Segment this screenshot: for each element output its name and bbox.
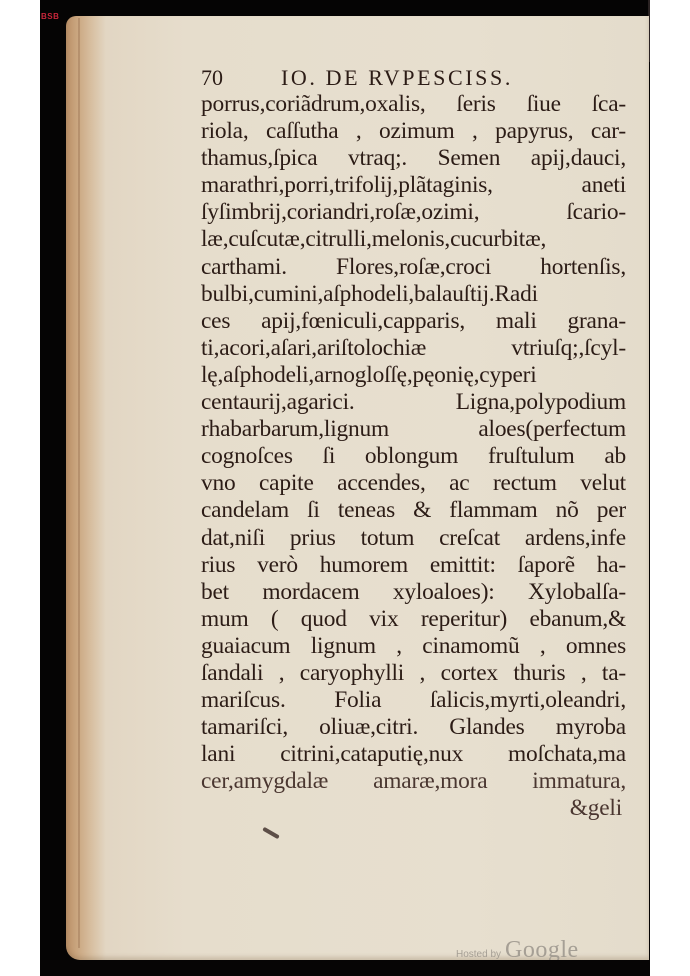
running-head: 70 IO. DE RVPESCISS. (201, 64, 626, 91)
text-line: riola, caſſutha , ozimum , papyrus, car- (201, 118, 626, 145)
text-line: rius verò humorem emittit: ſaporẽ ha- (201, 552, 626, 579)
text-line: cer,amygdalæ amaræ,mora immatura, (201, 768, 626, 795)
page-gutter-fold (78, 18, 80, 948)
text-line: ces apij,fœniculi,capparis, mali grana- (201, 308, 626, 335)
text-line: lę,aſphodeli,arnogloſſę,pęonię,cyperi (201, 362, 626, 389)
text-line: thamus,ſpica vtraq;. Semen apij,dauci, (201, 145, 626, 172)
text-line: dat,niſi prius totum creſcat ardens,infe (201, 525, 626, 552)
library-stamp: BSB (41, 12, 59, 21)
text-line: porrus,coriãdrum,oxalis, ſeris ſiue ſca- (201, 91, 626, 118)
page-text: 70 IO. DE RVPESCISS. porrus,coriãdrum,ox… (201, 64, 626, 823)
page-number: 70 (201, 64, 223, 91)
catchword: &geli (201, 795, 626, 822)
text-line: marathri,porri,trifolij,plãtaginis, anet… (201, 172, 626, 199)
hosted-by-label: Hosted by (456, 949, 501, 960)
text-line: rhabarbarum,lignum aloes(perfectum (201, 416, 626, 443)
scan-bottom-band (40, 960, 650, 976)
text-line: carthami. Flores,roſæ,croci hortenſis, (201, 254, 626, 281)
text-line: guaiacum lignum , cinamomũ , omnes (201, 633, 626, 660)
text-line: lani citrini,cataputię,nux moſchata,ma (201, 741, 626, 768)
text-line: mariſcus. Folia ſalicis,myrti,oleandri, (201, 687, 626, 714)
text-line: læ,cuſcutæ,citrulli,melonis,cucurbitæ, (201, 226, 626, 253)
text-line: candelam ſi teneas & flammam nõ per (201, 497, 626, 524)
text-line: ſandali , caryophylli , cortex thuris , … (201, 660, 626, 687)
text-line: centaurij,agarici. Ligna,polypodium (201, 389, 626, 416)
text-line: tamariſci, oliuæ,citri. Glandes myroba (201, 714, 626, 741)
text-line: cognoſces ſi oblongum fruſtulum ab (201, 443, 626, 470)
text-line: bet mordacem xyloaloes): Xylobalſa- (201, 579, 626, 606)
text-line: vno capite accendes, ac rectum velut (201, 470, 626, 497)
text-line: mum ( quod vix reperitur) ebanum,& (201, 606, 626, 633)
text-line: bulbi,cumini,aſphodeli,balauſtij.Radi (201, 281, 626, 308)
text-line: ſyſimbrij,coriandri,roſæ,ozimi, ſcario- (201, 199, 626, 226)
running-title: IO. DE RVPESCISS. (281, 64, 513, 91)
text-line: ti,acori,aſari,ariſtolochiæ vtriuſq;,ſcy… (201, 335, 626, 362)
